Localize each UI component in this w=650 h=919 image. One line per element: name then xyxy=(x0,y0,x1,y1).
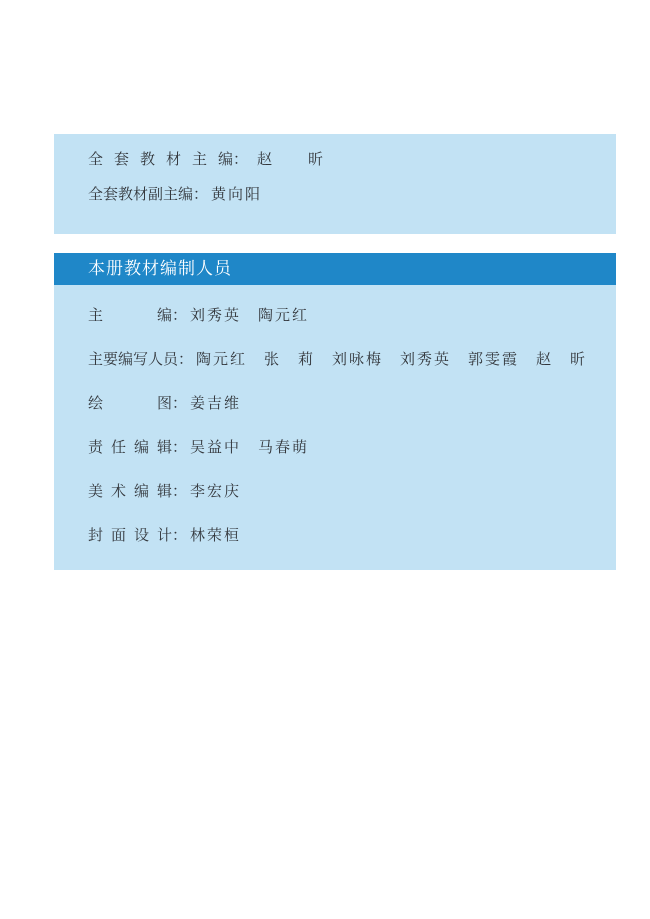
credit-row-chief-editor: 主编：刘秀英 陶元红 xyxy=(88,293,616,337)
credit-role-label: 封面设计 xyxy=(88,513,172,557)
page: 全套教材主编：赵 昕 全套教材副主编：黄向阳 本册教材编制人员 主编：刘秀英 陶… xyxy=(0,0,650,919)
volume-staff-title: 本册教材编制人员 xyxy=(88,259,232,279)
colon: ： xyxy=(178,337,193,381)
colon: ： xyxy=(172,381,187,425)
credit-names: 林荣桓 xyxy=(190,526,241,544)
credit-row-main-writers: 主要编写人员：陶元红 张 莉 刘咏梅 刘秀英 郭雯霞 赵 昕 xyxy=(88,337,616,381)
credit-names: 赵 昕 xyxy=(257,150,325,168)
credit-row-series-deputy-editor: 全套教材副主编：黄向阳 xyxy=(88,177,616,212)
credit-role-label: 全套教材主编 xyxy=(88,142,233,177)
credit-names: 李宏庆 xyxy=(190,482,241,500)
credit-role-label: 美术编辑 xyxy=(88,469,172,513)
credit-names: 姜吉维 xyxy=(190,394,241,412)
credit-role-label: 责任编辑 xyxy=(88,425,172,469)
credit-role-label: 主要编写人员 xyxy=(88,337,178,381)
colon: ： xyxy=(172,469,187,513)
credit-role-label: 主编 xyxy=(88,293,172,337)
credit-row-responsible-editor: 责任编辑：吴益中 马春萌 xyxy=(88,425,616,469)
credit-names: 黄向阳 xyxy=(211,185,262,203)
series-editors-panel: 全套教材主编：赵 昕 全套教材副主编：黄向阳 xyxy=(54,134,616,234)
volume-staff-panel: 本册教材编制人员 主编：刘秀英 陶元红 主要编写人员：陶元红 张 莉 刘咏梅 刘… xyxy=(54,253,616,570)
credit-names: 陶元红 张 莉 刘咏梅 刘秀英 郭雯霞 赵 昕 xyxy=(196,350,587,368)
credit-role-label: 绘图 xyxy=(88,381,172,425)
credit-row-illustrator: 绘图：姜吉维 xyxy=(88,381,616,425)
credit-row-series-chief-editor: 全套教材主编：赵 昕 xyxy=(88,142,616,177)
volume-staff-header-bar: 本册教材编制人员 xyxy=(54,253,616,285)
colon: ： xyxy=(233,142,248,177)
colon: ： xyxy=(172,293,187,337)
credit-names: 吴益中 马春萌 xyxy=(190,438,309,456)
volume-staff-body: 主编：刘秀英 陶元红 主要编写人员：陶元红 张 莉 刘咏梅 刘秀英 郭雯霞 赵 … xyxy=(54,285,616,557)
colon: ： xyxy=(172,513,187,557)
credit-names: 刘秀英 陶元红 xyxy=(190,306,309,324)
credit-row-art-editor: 美术编辑：李宏庆 xyxy=(88,469,616,513)
colon: ： xyxy=(172,425,187,469)
credit-role-label: 全套教材副主编 xyxy=(88,177,193,212)
credit-row-cover-designer: 封面设计：林荣桓 xyxy=(88,513,616,557)
colon: ： xyxy=(193,177,208,212)
